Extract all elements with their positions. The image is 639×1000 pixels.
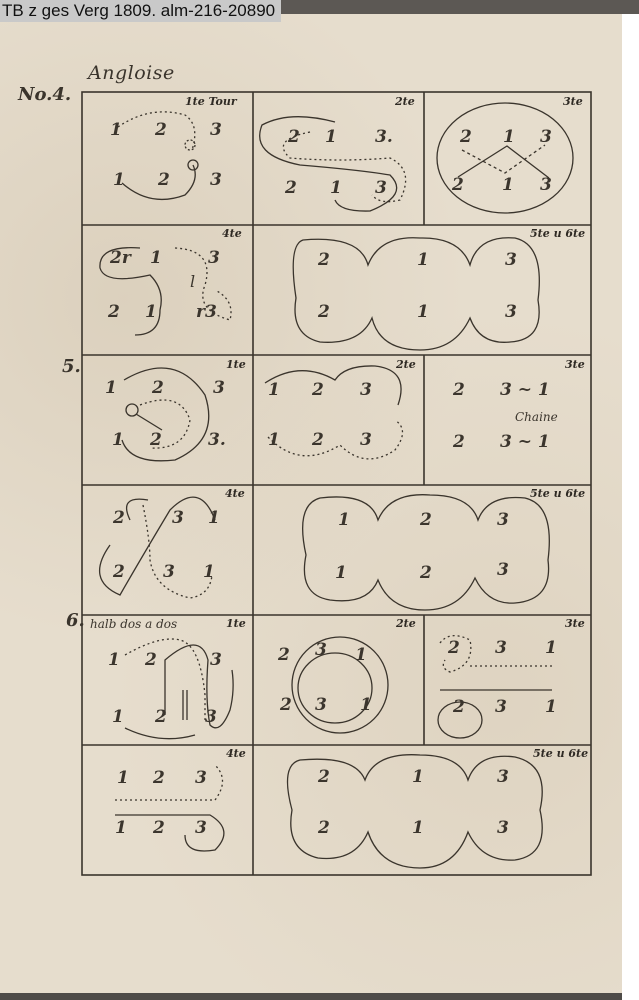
dancer-number: 3: [208, 248, 220, 268]
dancer-number: 1: [355, 645, 367, 665]
figure-note: l: [190, 272, 195, 291]
dancer-number: 3: [495, 697, 507, 717]
dancer-number: 2: [108, 302, 120, 322]
dancer-number: 1: [112, 707, 124, 727]
dancer-number: 2: [453, 697, 465, 717]
dancer-number: 2: [318, 302, 330, 322]
dancer-number: 3 ~ 1: [500, 432, 550, 452]
dancer-number: 3: [497, 560, 509, 580]
dancer-number: 3: [495, 638, 507, 658]
figure-label-r6c1: 4te: [226, 747, 246, 760]
dancer-number: 2: [318, 818, 330, 838]
dancer-number: 2: [153, 768, 165, 788]
dancer-number: 1: [115, 818, 127, 838]
dancer-number: 3.: [375, 127, 393, 147]
dancer-number: 2: [150, 430, 162, 450]
figure-plate-grid: [0, 0, 639, 1000]
dancer-number: 3: [540, 175, 552, 195]
dancer-number: 3: [210, 170, 222, 190]
dancer-number: 1: [412, 767, 424, 787]
figure-label-r2c1: 4te: [222, 227, 242, 240]
dancer-number: 3.: [208, 430, 226, 450]
dancer-number: 2: [113, 562, 125, 582]
figure-label-r1c1: 1te Tour: [185, 95, 237, 108]
chaine-note: Chaine: [515, 410, 558, 424]
dancer-number: 1: [112, 430, 124, 450]
dancer-number: 1: [503, 127, 515, 147]
figure-label-r5c2: 2te: [396, 617, 416, 630]
dancer-number: 2: [318, 767, 330, 787]
dancer-number: 2: [288, 127, 300, 147]
figure-label-r3c1: 1te: [226, 358, 246, 371]
dancer-number: 1: [417, 302, 429, 322]
dancer-number: 2: [460, 127, 472, 147]
dancer-number: 2r: [110, 248, 131, 268]
dancer-number: 1: [360, 695, 372, 715]
dancer-number: 3: [195, 818, 207, 838]
dancer-number: 1: [105, 378, 117, 398]
dancer-number: 2: [318, 250, 330, 270]
dancer-number: 3: [172, 508, 184, 528]
dancer-number: 1: [268, 430, 280, 450]
dancer-number: 3: [375, 178, 387, 198]
dancer-number: 3: [163, 562, 175, 582]
figure-label-r5c1: 1te: [226, 617, 246, 630]
dancer-number: 1: [145, 302, 157, 322]
dancer-number: 1: [417, 250, 429, 270]
dancer-number: 2: [113, 508, 125, 528]
figure-label-r1c3: 3te: [563, 95, 583, 108]
dancer-number: 2: [312, 430, 324, 450]
dancer-number: 2: [453, 380, 465, 400]
dancer-number: 2: [448, 638, 460, 658]
dancer-number: 1: [412, 818, 424, 838]
dancer-number: 2: [153, 818, 165, 838]
dancer-number: 2: [158, 170, 170, 190]
dancer-number: 1: [113, 170, 125, 190]
dancer-number: 1: [268, 380, 280, 400]
figure-label-r4c2: 5te u 6te: [530, 487, 585, 500]
dancer-number: 1: [208, 508, 220, 528]
dancer-number: 2: [155, 120, 167, 140]
dancer-number: 2: [420, 510, 432, 530]
dancer-number: 2: [280, 695, 292, 715]
dancer-number: 3: [497, 767, 509, 787]
dancer-number: 1: [545, 638, 557, 658]
dancer-number: 3: [497, 510, 509, 530]
dancer-number: 2: [312, 380, 324, 400]
dancer-number: 3: [205, 707, 217, 727]
dancer-number: 1: [108, 650, 120, 670]
dancer-number: 1: [203, 562, 215, 582]
dancer-number: 3: [540, 127, 552, 147]
dancer-number: r3: [196, 302, 217, 322]
dancer-number: 1: [110, 120, 122, 140]
figure-label-r5c3: 3te: [565, 617, 585, 630]
dancer-number: 2: [145, 650, 157, 670]
dancer-number: 1: [330, 178, 342, 198]
figure-label-r4c1: 4te: [225, 487, 245, 500]
figure-label-r3c2: 2te: [396, 358, 416, 371]
dancer-number: 2: [155, 707, 167, 727]
dancer-number: 3: [315, 640, 327, 660]
figure-label-r2c2: 5te u 6te: [530, 227, 585, 240]
figure-label-r3c3: 3te: [565, 358, 585, 371]
dancer-number: 2: [452, 175, 464, 195]
dancer-number: 2: [278, 645, 290, 665]
dancer-number: 3: [213, 378, 225, 398]
dancer-number: 2: [285, 178, 297, 198]
dancer-number: 2: [453, 432, 465, 452]
dancer-number: 1: [338, 510, 350, 530]
dancer-number: 2: [152, 378, 164, 398]
dancer-number: 3: [360, 430, 372, 450]
dancer-number: 1: [325, 127, 337, 147]
dancer-number: 1: [335, 563, 347, 583]
dancer-number: 1: [150, 248, 162, 268]
dancer-number: 2: [420, 563, 432, 583]
dancer-number: 3: [505, 302, 517, 322]
dancer-number: 3: [315, 695, 327, 715]
dancer-number: 1: [545, 697, 557, 717]
dancer-number: 3: [360, 380, 372, 400]
dancer-number: 3: [210, 650, 222, 670]
dancer-number: 3: [195, 768, 207, 788]
dancer-number: 1: [117, 768, 129, 788]
dancer-number: 1: [502, 175, 514, 195]
dancer-number: 3: [210, 120, 222, 140]
dancer-number: 3: [497, 818, 509, 838]
dancer-number: 3: [505, 250, 517, 270]
dancer-number: 3 ~ 1: [500, 380, 550, 400]
figure-label-r6c2: 5te u 6te: [533, 747, 588, 760]
figure-label-r1c2: 2te: [395, 95, 415, 108]
halb-dos-a-dos-note: halb dos a dos: [90, 617, 177, 631]
